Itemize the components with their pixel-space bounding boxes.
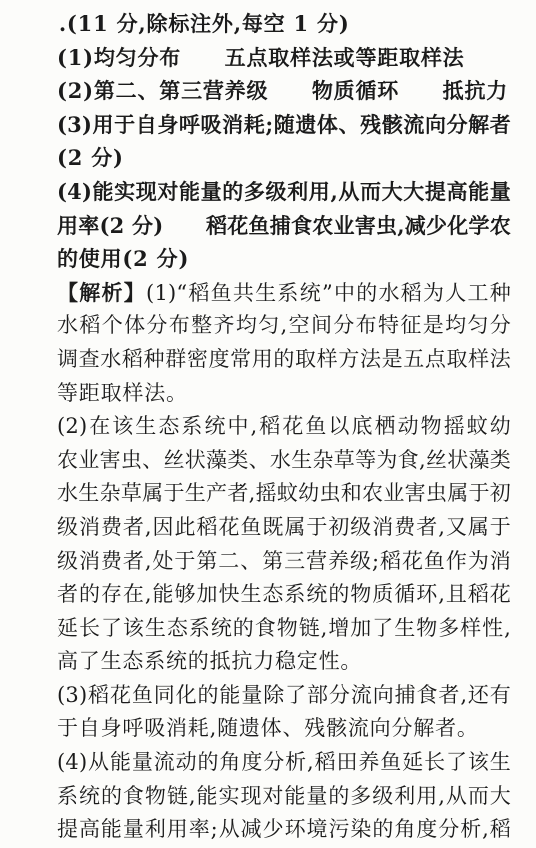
text-line: 22.(11 分,除标注外,每空 1 分) <box>57 7 511 41</box>
text-line: 调查水稻种群密度常用的取样方法是五点取样法或 <box>57 343 511 377</box>
text-line: 延长了该生态系统的食物链,增加了生物多样性,提 <box>57 612 511 646</box>
text-line: (3)用于自身呼吸消耗;随遗体、残骸流向分解者 <box>57 108 511 142</box>
text-line: 高了生态系统的抵抗力稳定性。 <box>57 645 511 679</box>
text-line: (3)稻花鱼同化的能量除了部分流向捕食者,还有用 <box>57 679 511 713</box>
text-line: 提高能量利用率;从减少环境污染的角度分析,稻田 <box>57 813 511 847</box>
analysis-label: 【解析】 <box>57 280 146 305</box>
text-line: (2 分) <box>57 141 511 175</box>
text-line: (4)从能量流动的角度分析,稻田养鱼延长了该生态 <box>57 746 511 780</box>
text-line: 农业害虫、丝状藻类、水生杂草等为食,丝状藻类和 <box>57 444 511 478</box>
text-line: (2)在该生态系统中,稻花鱼以底栖动物摇蚊幼虫、 <box>57 410 511 444</box>
text-line: 等距取样法。 <box>57 377 511 411</box>
text-line: 于自身呼吸消耗,随遗体、残骸流向分解者。 <box>57 712 511 746</box>
text-line: 级消费者,因此稻花鱼既属于初级消费者,又属于次 <box>57 511 511 545</box>
text-line: (4)能实现对能量的多级利用,从而大大提高能量利 <box>57 175 511 209</box>
text-line: 系统的食物链,能实现对能量的多级利用,从而大大 <box>57 780 511 814</box>
text-line: (2)第二、第三营养级 物质循环 抵抗力 <box>57 74 511 108</box>
text-line: 水稻个体分布整齐均匀,空间分布特征是均匀分布, <box>57 309 511 343</box>
answer-key-page: 22.(11 分,除标注外,每空 1 分)(1)均匀分布 五点取样法或等距取样法… <box>0 0 536 848</box>
text-line: 级消费者,处于第二、第三营养级;稻花鱼作为消费 <box>57 545 511 579</box>
text-line: 【解析】(1)“稻鱼共生系统”中的水稻为人工种植, <box>57 276 511 310</box>
text-line: 者的存在,能够加快生态系统的物质循环,且稻花鱼 <box>57 578 511 612</box>
text-line: 的使用(2 分) <box>57 242 511 276</box>
text-line: (1)均匀分布 五点取样法或等距取样法 <box>57 41 511 75</box>
text-line: 水生杂草属于生产者,摇蚊幼虫和农业害虫属于初 <box>57 477 511 511</box>
answer-text-block: 22.(11 分,除标注外,每空 1 分)(1)均匀分布 五点取样法或等距取样法… <box>57 7 511 847</box>
text-line: 用率(2 分) 稻花鱼捕食农业害虫,减少化学农药 <box>57 209 511 243</box>
